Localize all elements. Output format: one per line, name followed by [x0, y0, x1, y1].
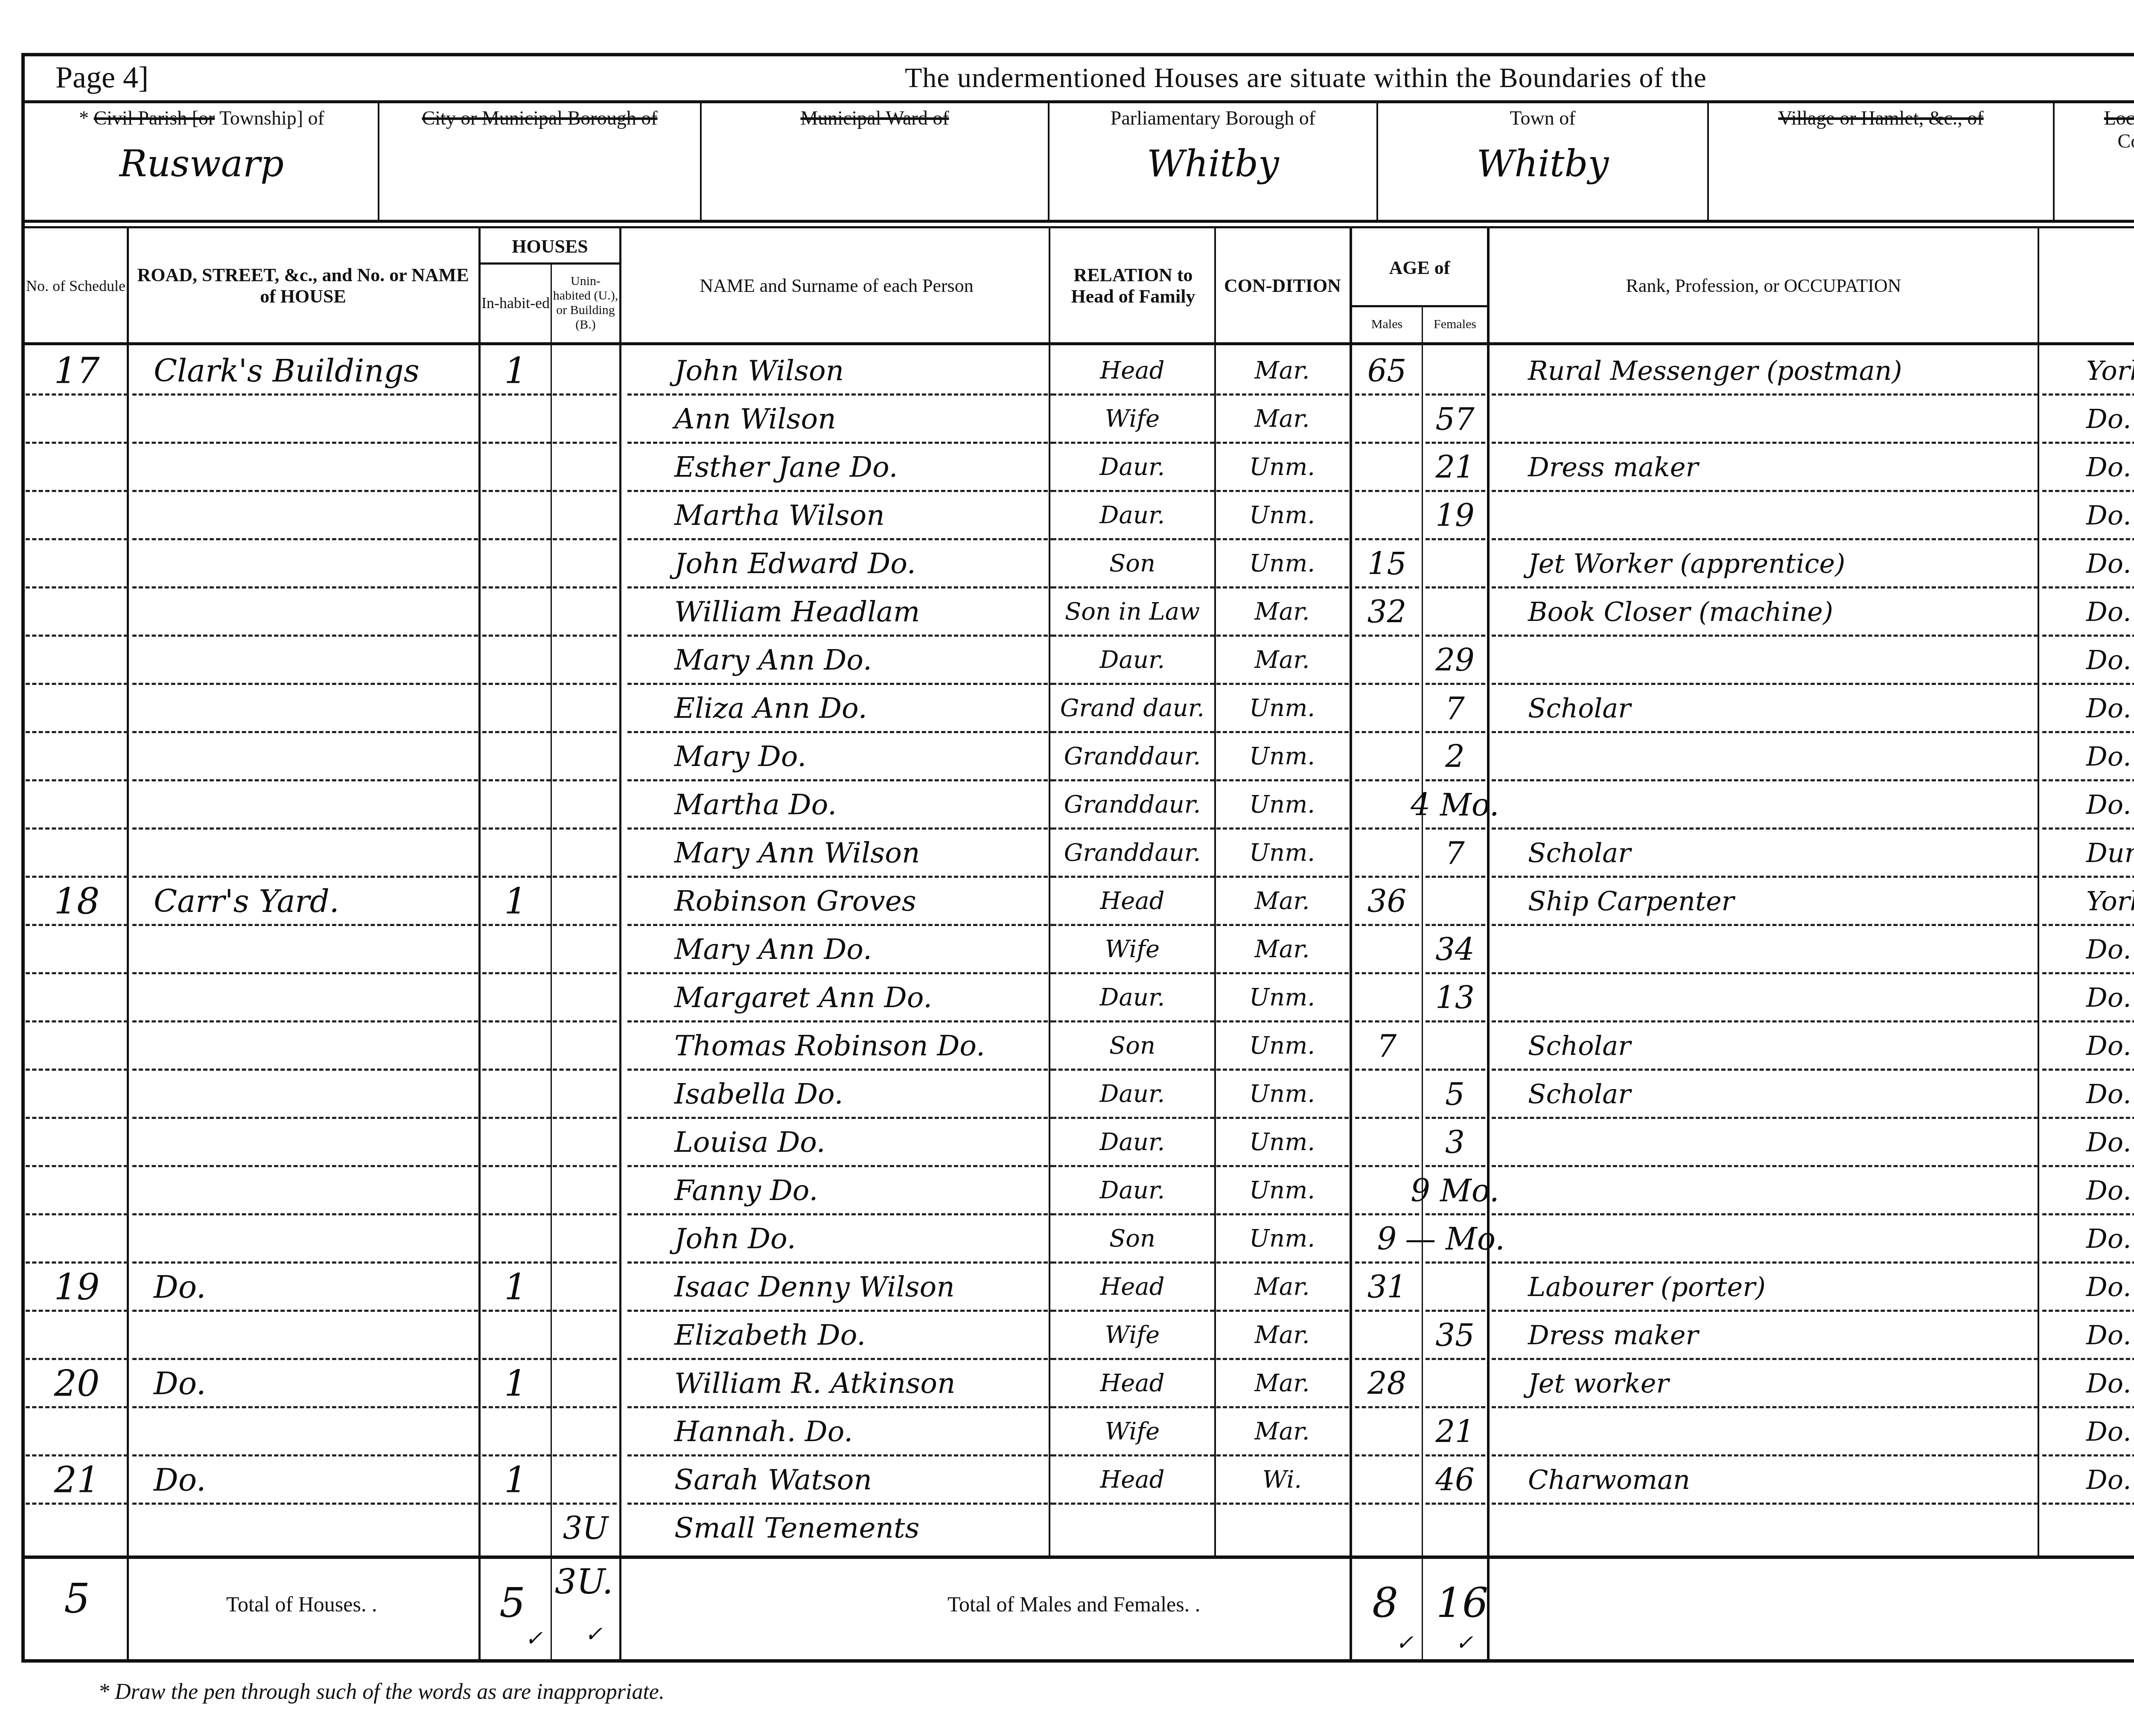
relation — [1050, 1504, 1214, 1552]
relation: Head — [1050, 1263, 1214, 1311]
female-age — [1423, 877, 1487, 925]
header-condition: CON-DITION — [1219, 233, 1347, 339]
where-born: Do. ; Do. — [2039, 732, 2134, 781]
person-name: Eliza Ann Do. — [627, 684, 1050, 732]
relation: Son — [1050, 1215, 1214, 1263]
uninhabited-count — [552, 877, 619, 925]
uninhabited-count — [552, 1263, 619, 1311]
condition: Unm. — [1216, 1215, 1348, 1263]
where-born: Do. ; Lyth. — [2039, 443, 2134, 491]
where-born: Do. ; Lyth — [2039, 636, 2134, 684]
table-row: Elizabeth Do.WifeMar.35Dress makerDo. ; … — [21, 1311, 2134, 1359]
where-born: Do. ; Do. — [2039, 539, 2134, 588]
condition: Mar. — [1216, 925, 1348, 973]
district-value: Ruswarp — [26, 143, 378, 185]
uninhabited-count — [552, 588, 619, 636]
uninhabited-count — [552, 1166, 619, 1215]
inhabited-count — [481, 1022, 551, 1070]
where-born: Do. ; Do. — [2039, 781, 2134, 829]
inhabited-count — [481, 539, 551, 588]
table-row: 17Clark's Buildings1John WilsonHeadMar.6… — [21, 347, 2134, 395]
district-municipal-borough: City or Municipal Borough of — [379, 107, 700, 218]
road-name — [132, 1407, 482, 1456]
road-name — [132, 636, 482, 684]
condition — [1216, 1504, 1348, 1552]
inhabited-count — [481, 1070, 551, 1118]
inhabited-count — [481, 1407, 551, 1456]
district-label: Municipal Ward of — [702, 107, 1048, 130]
uninhabited-count — [552, 829, 619, 877]
male-age — [1352, 491, 1422, 539]
district-label: City or Municipal Borough of — [379, 107, 700, 130]
header-uninhabited: Unin-habited (U.), or Building (B.) — [552, 265, 619, 341]
inhabited-count — [481, 395, 551, 443]
schedule-number — [26, 636, 128, 684]
male-age — [1352, 925, 1422, 973]
road-name — [132, 732, 482, 781]
total-schedules: 5 — [64, 1575, 90, 1622]
table-row: Mary Ann Do.Daur.Mar.29Do. ; Lyth — [21, 636, 2134, 684]
male-age — [1352, 1118, 1422, 1166]
where-born — [2039, 1504, 2134, 1552]
occupation: Dress maker — [1490, 443, 2038, 491]
occupation: Rural Messenger (postman) — [1490, 347, 2038, 395]
header-road: ROAD, STREET, &c., and No. or NAME of HO… — [132, 233, 474, 339]
occupation — [1490, 973, 2038, 1022]
uninhabited-count — [552, 781, 619, 829]
table-row: Louisa Do.Daur.Unm.3Do. ; Do. — [21, 1118, 2134, 1166]
table-row: Eliza Ann Do.Grand daur.Unm.7ScholarDo. … — [21, 684, 2134, 732]
road-name — [132, 1504, 482, 1552]
occupation — [1490, 781, 2038, 829]
person-name: Martha Wilson — [627, 491, 1050, 539]
schedule-number — [26, 781, 128, 829]
uninhabited-count — [552, 347, 619, 395]
condition: Unm. — [1216, 1118, 1348, 1166]
schedule-number — [26, 829, 128, 877]
relation: Granddaur. — [1050, 829, 1214, 877]
schedule-number — [26, 925, 128, 973]
total-inhabited: 5 — [499, 1579, 525, 1627]
occupation: Book Closer (machine) — [1490, 588, 2038, 636]
relation: Daur. — [1050, 1166, 1214, 1215]
condition: Unm. — [1216, 973, 1348, 1022]
relation: Son — [1050, 539, 1214, 588]
road-name — [132, 1118, 482, 1166]
divider — [21, 220, 2134, 223]
district-label: * Civil Parish [or Township] of — [26, 107, 378, 130]
total-uninhabited: 3U. — [555, 1562, 613, 1602]
relation: Head — [1050, 1456, 1214, 1504]
person-name: Small Tenements — [627, 1504, 1050, 1552]
person-name: John Wilson — [627, 347, 1050, 395]
where-born: Do. ; Whitby — [2039, 684, 2134, 732]
male-age — [1352, 973, 1422, 1022]
district-label: Parliamentary Borough of — [1050, 107, 1376, 130]
relation: Daur. — [1050, 1118, 1214, 1166]
where-born: Do. ; Do. — [2039, 1022, 2134, 1070]
district-label: Local Board, or [Improvement Commissione… — [2055, 107, 2134, 153]
page-number: Page 4] — [55, 60, 149, 95]
uninhabited-count — [552, 636, 619, 684]
schedule-number: 17 — [26, 347, 128, 395]
female-age: 7 — [1423, 829, 1487, 877]
occupation: Scholar — [1490, 829, 2038, 877]
schedule-number — [26, 395, 128, 443]
person-name: Isabella Do. — [627, 1070, 1050, 1118]
road-name: Carr's Yard. — [132, 877, 482, 925]
condition: Unm. — [1216, 1070, 1348, 1118]
female-age: 5 — [1423, 1070, 1487, 1118]
uninhabited-count — [552, 1407, 619, 1456]
label-text: Township] of — [219, 107, 324, 129]
road-name — [132, 1215, 482, 1263]
table-row: Fanny Do.Daur.Unm.9 Mo.Do. ; Do. — [21, 1166, 2134, 1215]
road-name: Do. — [132, 1456, 482, 1504]
divider — [21, 100, 2134, 103]
male-age — [1352, 1456, 1422, 1504]
condition: Unm. — [1216, 781, 1348, 829]
road-name: Do. — [132, 1263, 482, 1311]
header-houses: HOUSES — [481, 230, 619, 262]
struck-label: Civil Parish [or — [94, 107, 215, 129]
inhabited-count — [481, 1166, 551, 1215]
road-name — [132, 539, 482, 588]
footnote: * Draw the pen through such of the words… — [98, 1679, 665, 1704]
district-label: Village or Hamlet, &c., of — [1709, 107, 2053, 130]
where-born: Do. ; Sneaton — [2039, 1456, 2134, 1504]
person-name: John Do. — [627, 1215, 1050, 1263]
header-females: Females — [1423, 307, 1487, 341]
where-born: Do. ; Do. — [2039, 1359, 2134, 1407]
uninhabited-count — [552, 1311, 619, 1359]
person-name: Thomas Robinson Do. — [627, 1022, 1050, 1070]
male-age: 31 — [1352, 1263, 1422, 1311]
boundaries-title: The undermentioned Houses are situate wi… — [905, 62, 1707, 94]
uninhabited-count — [552, 1215, 619, 1263]
occupation — [1490, 732, 2038, 781]
person-name: Louisa Do. — [627, 1118, 1050, 1166]
occupation: Scholar — [1490, 1070, 2038, 1118]
where-born: Yorkshire, Danby — [2039, 877, 2134, 925]
female-age: 2 — [1423, 732, 1487, 781]
condition: Mar. — [1216, 636, 1348, 684]
relation: Grand daur. — [1050, 684, 1214, 732]
occupation — [1490, 1166, 2038, 1215]
condition: Mar. — [1216, 1407, 1348, 1456]
struck-label: Local Board, or — [2104, 107, 2134, 129]
schedule-number — [26, 1166, 128, 1215]
person-name: Sarah Watson — [627, 1456, 1050, 1504]
male-age — [1352, 1407, 1422, 1456]
table-row: 20Do.1William R. AtkinsonHeadMar.28Jet w… — [21, 1359, 2134, 1407]
road-name — [132, 684, 482, 732]
where-born: Durham; Stockton on Tees — [2039, 829, 2134, 877]
female-age — [1423, 588, 1487, 636]
road-name — [132, 491, 482, 539]
female-age — [1423, 1504, 1487, 1552]
where-born: Do. ; Whitby — [2039, 1311, 2134, 1359]
female-age — [1423, 1263, 1487, 1311]
schedule-number — [26, 1022, 128, 1070]
female-age: 29 — [1423, 636, 1487, 684]
inhabited-count — [481, 973, 551, 1022]
table-row: 18Carr's Yard.1Robinson GrovesHeadMar.36… — [21, 877, 2134, 925]
person-name: Fanny Do. — [627, 1166, 1050, 1215]
where-born: Do. ; Whitby — [2039, 588, 2134, 636]
table-row: 21Do.1Sarah WatsonHeadWi.46CharwomanDo. … — [21, 1456, 2134, 1504]
total-persons-label: Total of Males and Females. . — [947, 1592, 1200, 1617]
occupation: Jet Worker (apprentice) — [1490, 539, 2038, 588]
person-name: Ann Wilson — [627, 395, 1050, 443]
condition: Unm. — [1216, 732, 1348, 781]
relation: Daur. — [1050, 1070, 1214, 1118]
female-age: 13 — [1423, 973, 1487, 1022]
inhabited-count — [481, 588, 551, 636]
female-age: 9 Mo. — [1423, 1166, 1487, 1215]
where-born: Do. ; Do. — [2039, 1215, 2134, 1263]
condition: Mar. — [1216, 1263, 1348, 1311]
male-age: 65 — [1352, 347, 1422, 395]
female-age — [1423, 1022, 1487, 1070]
table-row: Thomas Robinson Do.SonUnm.7ScholarDo. ; … — [21, 1022, 2134, 1070]
condition: Unm. — [1216, 491, 1348, 539]
road-name — [132, 588, 482, 636]
female-age: 7 — [1423, 684, 1487, 732]
inhabited-count — [481, 1311, 551, 1359]
check-mark: ✓ — [1396, 1630, 1414, 1655]
uninhabited-count — [552, 973, 619, 1022]
condition: Mar. — [1216, 877, 1348, 925]
district-town: Town of Whitby — [1378, 107, 1707, 218]
table-row: Esther Jane Do.Daur.Unm.21Dress makerDo.… — [21, 443, 2134, 491]
relation: Son — [1050, 1022, 1214, 1070]
male-age — [1352, 829, 1422, 877]
district-value: Whitby — [2055, 153, 2134, 195]
schedule-number — [26, 491, 128, 539]
male-age: 15 — [1352, 539, 1422, 588]
divider — [21, 1555, 2134, 1559]
relation: Head — [1050, 347, 1214, 395]
uninhabited-count: 3U — [552, 1504, 619, 1552]
inhabited-count: 1 — [481, 877, 551, 925]
uninhabited-count — [552, 925, 619, 973]
schedule-number — [26, 1215, 128, 1263]
district-municipal-ward: Municipal Ward of — [702, 107, 1048, 218]
header-relation: RELATION to Head of Family — [1054, 233, 1212, 339]
condition: Mar. — [1216, 395, 1348, 443]
inhabited-count: 1 — [481, 347, 551, 395]
inhabited-count — [481, 732, 551, 781]
person-name: John Edward Do. — [627, 539, 1050, 588]
schedule-number: 20 — [26, 1359, 128, 1407]
person-name: Martha Do. — [627, 781, 1050, 829]
check-mark: ✓ — [585, 1622, 603, 1646]
check-mark: ✓ — [1455, 1630, 1473, 1655]
male-age: 28 — [1352, 1359, 1422, 1407]
condition: Mar. — [1216, 1359, 1348, 1407]
occupation: Jet worker — [1490, 1359, 2038, 1407]
inhabited-count — [481, 1118, 551, 1166]
occupation — [1490, 636, 2038, 684]
where-born: Do. ; Lyth — [2039, 1263, 2134, 1311]
inhabited-count: 1 — [481, 1456, 551, 1504]
female-age: 57 — [1423, 395, 1487, 443]
schedule-number — [26, 973, 128, 1022]
occupation — [1490, 925, 2038, 973]
female-age: 3 — [1423, 1118, 1487, 1166]
occupation — [1490, 1215, 2038, 1263]
page-label-text: Page — [55, 60, 115, 94]
person-name: William Headlam — [627, 588, 1050, 636]
where-born: Do. ; Do. — [2039, 1070, 2134, 1118]
page-number-value: 4] — [123, 60, 149, 94]
occupation: Scholar — [1490, 1022, 2038, 1070]
table-row: Mary Ann WilsonGranddaur.Unm.7ScholarDur… — [21, 829, 2134, 877]
header-where-born: WHERE BORN — [2039, 233, 2134, 339]
schedule-number: 18 — [26, 877, 128, 925]
where-born: Do. ; Do. — [2039, 1407, 2134, 1456]
condition: Wi. — [1216, 1456, 1348, 1504]
schedule-number: 19 — [26, 1263, 128, 1311]
occupation: Scholar — [1490, 684, 2038, 732]
female-age: — Mo. — [1423, 1215, 1487, 1263]
divider — [21, 226, 2134, 228]
condition: Unm. — [1216, 684, 1348, 732]
district-value: Whitby — [1378, 143, 1707, 185]
road-name: Clark's Buildings — [132, 347, 482, 395]
person-name: Hannah. Do. — [627, 1407, 1050, 1456]
condition: Unm. — [1216, 1022, 1348, 1070]
total-males: 8 — [1372, 1579, 1398, 1627]
schedule-number — [26, 1407, 128, 1456]
condition: Unm. — [1216, 539, 1348, 588]
road-name — [132, 395, 482, 443]
male-age — [1352, 1311, 1422, 1359]
condition: Unm. — [1216, 829, 1348, 877]
relation: Wife — [1050, 1311, 1214, 1359]
female-age — [1423, 1359, 1487, 1407]
district-label: Town of — [1378, 107, 1707, 130]
male-age — [1352, 1504, 1422, 1552]
occupation — [1490, 1118, 2038, 1166]
schedule-number — [26, 1504, 128, 1552]
district-improvement-commissioners: Local Board, or [Improvement Commissione… — [2055, 107, 2134, 218]
road-name — [132, 1070, 482, 1118]
schedule-number — [26, 684, 128, 732]
relation: Head — [1050, 877, 1214, 925]
where-born: Yorkshire; Lyth. — [2039, 347, 2134, 395]
road-name — [132, 973, 482, 1022]
uninhabited-count — [552, 1456, 619, 1504]
road-name: Do. — [132, 1359, 482, 1407]
header-males: Males — [1352, 307, 1422, 341]
schedule-number — [26, 588, 128, 636]
inhabited-count — [481, 781, 551, 829]
female-age: 35 — [1423, 1311, 1487, 1359]
where-born: Do. ; Whitby — [2039, 973, 2134, 1022]
relation: Son in Law — [1050, 588, 1214, 636]
relation: Wife — [1050, 925, 1214, 973]
person-name: Robinson Groves — [627, 877, 1050, 925]
table-row: Isabella Do.Daur.Unm.5ScholarDo. ; Do. — [21, 1070, 2134, 1118]
occupation — [1490, 491, 2038, 539]
relation: Granddaur. — [1050, 781, 1214, 829]
female-age: 34 — [1423, 925, 1487, 973]
relation: Daur. — [1050, 636, 1214, 684]
occupation: Ship Carpenter — [1490, 877, 2038, 925]
female-age — [1423, 347, 1487, 395]
uninhabited-count — [552, 1070, 619, 1118]
road-name — [132, 443, 482, 491]
total-females: 16 — [1436, 1579, 1488, 1627]
person-name: Elizabeth Do. — [627, 1311, 1050, 1359]
female-age — [1423, 539, 1487, 588]
occupation: Labourer (porter) — [1490, 1263, 2038, 1311]
relation: Wife — [1050, 1407, 1214, 1456]
male-age: 32 — [1352, 588, 1422, 636]
inhabited-count — [481, 829, 551, 877]
inhabited-count — [481, 925, 551, 973]
relation: Daur. — [1050, 973, 1214, 1022]
uninhabited-count — [552, 443, 619, 491]
road-name — [132, 1166, 482, 1215]
schedule-number — [26, 1118, 128, 1166]
table-row: Martha Do.Granddaur.Unm.4 Mo.Do. ; Do. — [21, 781, 2134, 829]
asterisk: * — [79, 107, 89, 129]
person-name: Mary Do. — [627, 732, 1050, 781]
uninhabited-count — [552, 1359, 619, 1407]
header-schedule: No. of Schedule — [25, 233, 127, 339]
female-age: 46 — [1423, 1456, 1487, 1504]
relation: Head — [1050, 1359, 1214, 1407]
total-houses-label: Total of Houses. . — [226, 1592, 377, 1617]
uninhabited-count — [552, 684, 619, 732]
uninhabited-count — [552, 539, 619, 588]
uninhabited-count — [552, 1118, 619, 1166]
occupation: Charwoman — [1490, 1456, 2038, 1504]
occupation: Dress maker — [1490, 1311, 2038, 1359]
table-row: John Do.SonUnm.9— Mo.Do. ; Do. — [21, 1215, 2134, 1263]
uninhabited-count — [552, 1022, 619, 1070]
schedule-number — [26, 443, 128, 491]
occupation — [1490, 1504, 2038, 1552]
male-age — [1352, 684, 1422, 732]
male-age: 7 — [1352, 1022, 1422, 1070]
inhabited-count — [481, 1215, 551, 1263]
where-born: Do. ; Guisbro' — [2039, 925, 2134, 973]
person-name: William R. Atkinson — [627, 1359, 1050, 1407]
header-inhabited: In-habit-ed — [481, 265, 551, 341]
male-age — [1352, 636, 1422, 684]
road-name — [132, 1311, 482, 1359]
table-row: John Edward Do.SonUnm.15Jet Worker (appr… — [21, 539, 2134, 588]
female-age: 21 — [1423, 1407, 1487, 1456]
male-age — [1352, 395, 1422, 443]
where-born: Do. ; Do. — [2039, 491, 2134, 539]
divider — [21, 342, 2134, 345]
uninhabited-count — [552, 395, 619, 443]
district-village: Village or Hamlet, &c., of — [1709, 107, 2053, 218]
table-row: Margaret Ann Do.Daur.Unm.13Do. ; Whitby — [21, 973, 2134, 1022]
relation: Daur. — [1050, 443, 1214, 491]
person-name: Mary Ann Wilson — [627, 829, 1050, 877]
occupation — [1490, 1407, 2038, 1456]
table-row: Mary Do.Granddaur.Unm.2Do. ; Do. — [21, 732, 2134, 781]
table-row: Mary Ann Do.WifeMar.34Do. ; Guisbro' — [21, 925, 2134, 973]
inhabited-count — [481, 684, 551, 732]
inhabited-count — [481, 491, 551, 539]
